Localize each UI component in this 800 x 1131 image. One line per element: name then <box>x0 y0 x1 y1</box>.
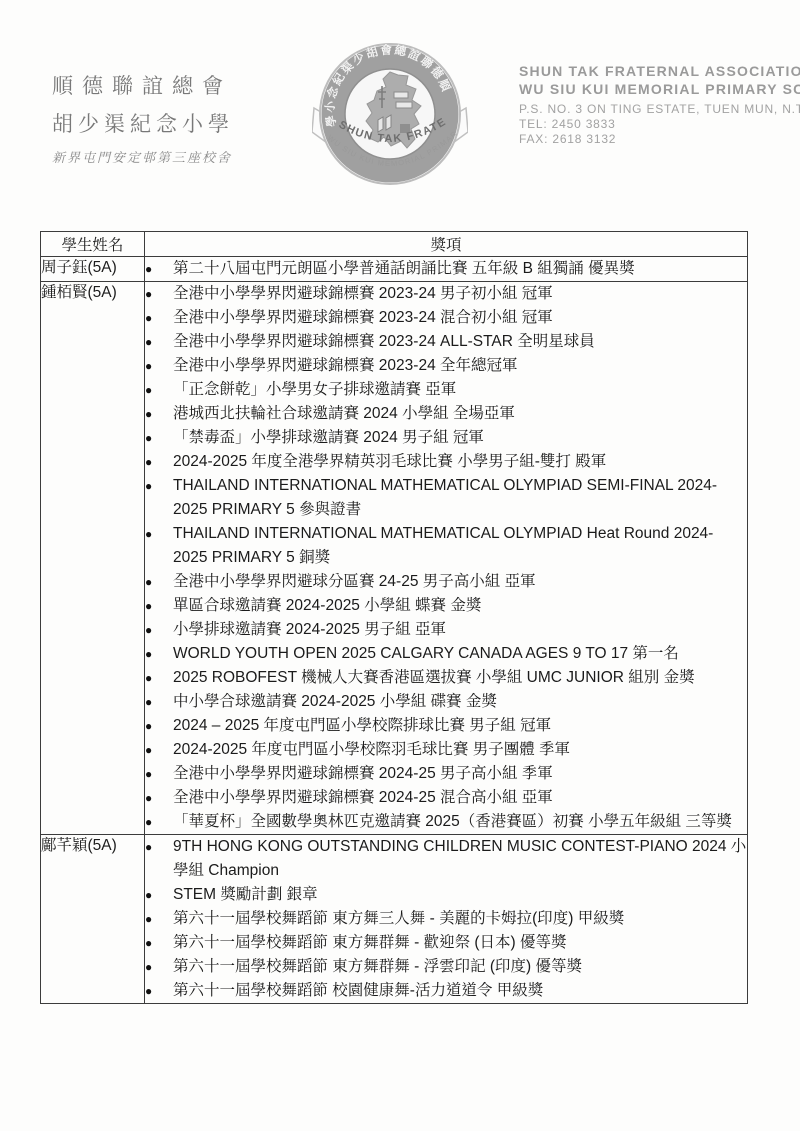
award-text: 港城西北扶輪社合球邀請賽 2024 小學組 全場亞軍 <box>173 402 747 426</box>
award-text: 全港中小學學界閃避球錦標賽 2023-24 男子初小組 冠軍 <box>173 282 747 306</box>
table-header-row: 學生姓名 獎項 <box>41 232 748 257</box>
award-item: ●THAILAND INTERNATIONAL MATHEMATICAL OLY… <box>145 474 747 522</box>
award-text: 「正念餅乾」小學男女子排球邀請賽 亞軍 <box>173 378 747 402</box>
bullet-icon: ● <box>145 979 173 1003</box>
bullet-icon: ● <box>145 738 173 762</box>
award-text: 全港中小學學界閃避球錦標賽 2023-24 ALL-STAR 全明星球員 <box>173 330 747 354</box>
award-text: 全港中小學學界閃避球錦標賽 2024-25 混合高小組 亞軍 <box>173 786 747 810</box>
award-item: ●2024-2025 年度全港學界精英羽毛球比賽 小學男子組-雙打 殿軍 <box>145 450 747 474</box>
awards-table: 學生姓名 獎項 周子鈺(5A)●第二十八屆屯門元朗區小學普通話朗誦比賽 五年級 … <box>40 231 748 1004</box>
award-item: ●港城西北扶輪社合球邀請賽 2024 小學組 全場亞軍 <box>145 402 747 426</box>
award-text: 全港中小學學界閃避球錦標賽 2023-24 全年總冠軍 <box>173 354 747 378</box>
award-text: 單區合球邀請賽 2024-2025 小學組 蝶賽 金獎 <box>173 594 747 618</box>
award-item: ●全港中小學學界閃避球分區賽 24-25 男子高小組 亞軍 <box>145 570 747 594</box>
bullet-icon: ● <box>145 618 173 642</box>
school-name-en-line2: WU SIU KUI MEMORIAL PRIMARY SCHOOL <box>519 80 800 98</box>
student-name: 鍾栢賢(5A) <box>41 282 145 835</box>
school-address-zh: 新界屯門安定邨第三座校舍 <box>52 147 234 166</box>
award-item: ●第二十八屆屯門元朗區小學普通話朗誦比賽 五年級 B 組獨誦 優異獎 <box>145 257 747 281</box>
school-tel: TEL: 2450 3833 <box>519 117 800 131</box>
bullet-icon: ● <box>145 450 173 474</box>
awards-table-body: 周子鈺(5A)●第二十八屆屯門元朗區小學普通話朗誦比賽 五年級 B 組獨誦 優異… <box>41 257 748 1004</box>
table-row: 鍾栢賢(5A)●全港中小學學界閃避球錦標賽 2023-24 男子初小組 冠軍●全… <box>41 282 748 835</box>
award-item: ●全港中小學學界閃避球錦標賽 2023-24 男子初小組 冠軍 <box>145 282 747 306</box>
document-page: 順德聯誼總會 胡少渠紀念小學 新界屯門安定邨第三座校舍 <box>0 0 800 1131</box>
award-text: 全港中小學學界閃避球錦標賽 2024-25 男子高小組 季軍 <box>173 762 747 786</box>
award-text: THAILAND INTERNATIONAL MATHEMATICAL OLYM… <box>173 522 747 570</box>
award-text: 小學排球邀請賽 2024-2025 男子組 亞軍 <box>173 618 747 642</box>
award-item: ●2024-2025 年度屯門區小學校際羽毛球比賽 男子團體 季軍 <box>145 738 747 762</box>
award-item: ●第六十一屆學校舞蹈節 東方舞群舞 - 浮雲印記 (印度) 優等獎 <box>145 955 747 979</box>
bullet-icon: ● <box>145 931 173 955</box>
school-fax: FAX: 2618 3132 <box>519 132 800 146</box>
award-item: ●「華夏杯」全國數學奧林匹克邀請賽 2025（香港賽區）初賽 小學五年級組 三等… <box>145 810 747 834</box>
school-crest-icon: 學小念紀渠少胡會總誼聯德順 SHUN TAK FRATERNAL ASSN WU… <box>312 36 468 200</box>
awards-cell: ●全港中小學學界閃避球錦標賽 2023-24 男子初小組 冠軍●全港中小學學界閃… <box>145 282 748 835</box>
award-text: 第六十一屆學校舞蹈節 東方舞群舞 - 浮雲印記 (印度) 優等獎 <box>173 955 747 979</box>
student-name: 周子鈺(5A) <box>41 257 145 282</box>
award-item: ●全港中小學學界閃避球錦標賽 2024-25 混合高小組 亞軍 <box>145 786 747 810</box>
school-address-en: P.S. NO. 3 ON TING ESTATE, TUEN MUN, N.T… <box>519 102 800 116</box>
award-item: ●全港中小學學界閃避球錦標賽 2023-24 混合初小組 冠軍 <box>145 306 747 330</box>
school-name-chinese-block: 順德聯誼總會 胡少渠紀念小學 新界屯門安定邨第三座校舍 <box>52 70 234 166</box>
bullet-icon: ● <box>145 474 173 498</box>
bullet-icon: ● <box>145 354 173 378</box>
awards-cell: ●9TH HONG KONG OUTSTANDING CHILDREN MUSI… <box>145 835 748 1004</box>
award-text: 第六十一屆學校舞蹈節 東方舞三人舞 - 美麗的卡姆拉(印度) 甲級獎 <box>173 907 747 931</box>
bullet-icon: ● <box>145 306 173 330</box>
award-item: ●「正念餅乾」小學男女子排球邀請賽 亞軍 <box>145 378 747 402</box>
award-text: 2024 – 2025 年度屯門區小學校際排球比賽 男子組 冠軍 <box>173 714 747 738</box>
award-text: WORLD YOUTH OPEN 2025 CALGARY CANADA AGE… <box>173 642 747 666</box>
awards-cell: ●第二十八屆屯門元朗區小學普通話朗誦比賽 五年級 B 組獨誦 優異獎 <box>145 257 748 282</box>
column-header-awards: 獎項 <box>145 232 748 257</box>
award-text: 「華夏杯」全國數學奧林匹克邀請賽 2025（香港賽區）初賽 小學五年級組 三等獎 <box>173 810 747 834</box>
bullet-icon: ● <box>145 907 173 931</box>
bullet-icon: ● <box>145 666 173 690</box>
award-item: ●「禁毒盃」小學排球邀請賽 2024 男子組 冠軍 <box>145 426 747 450</box>
award-item: ●中小學合球邀請賽 2024-2025 小學組 碟賽 金獎 <box>145 690 747 714</box>
award-text: 9TH HONG KONG OUTSTANDING CHILDREN MUSIC… <box>173 835 747 883</box>
bullet-icon: ● <box>145 762 173 786</box>
award-item: ●單區合球邀請賽 2024-2025 小學組 蝶賽 金獎 <box>145 594 747 618</box>
bullet-icon: ● <box>145 257 173 281</box>
award-text: 第六十一屆學校舞蹈節 東方舞群舞 - 歡迎祭 (日本) 優等獎 <box>173 931 747 955</box>
bullet-icon: ● <box>145 810 173 834</box>
award-text: 2024-2025 年度屯門區小學校際羽毛球比賽 男子團體 季軍 <box>173 738 747 762</box>
award-text: 2024-2025 年度全港學界精英羽毛球比賽 小學男子組-雙打 殿軍 <box>173 450 747 474</box>
bullet-icon: ● <box>145 642 173 666</box>
bullet-icon: ● <box>145 786 173 810</box>
award-item: ●2024 – 2025 年度屯門區小學校際排球比賽 男子組 冠軍 <box>145 714 747 738</box>
award-item: ●小學排球邀請賽 2024-2025 男子組 亞軍 <box>145 618 747 642</box>
award-text: 「禁毒盃」小學排球邀請賽 2024 男子組 冠軍 <box>173 426 747 450</box>
award-item: ●第六十一屆學校舞蹈節 東方舞三人舞 - 美麗的卡姆拉(印度) 甲級獎 <box>145 907 747 931</box>
award-text: THAILAND INTERNATIONAL MATHEMATICAL OLYM… <box>173 474 747 522</box>
award-text: 全港中小學學界閃避球錦標賽 2023-24 混合初小組 冠軍 <box>173 306 747 330</box>
award-text: STEM 獎勵計劃 銀章 <box>173 883 747 907</box>
bullet-icon: ● <box>145 835 173 859</box>
award-item: ●THAILAND INTERNATIONAL MATHEMATICAL OLY… <box>145 522 747 570</box>
school-info-english-block: SHUN TAK FRATERNAL ASSOCIATION WU SIU KU… <box>519 62 800 146</box>
student-name: 鄺芊穎(5A) <box>41 835 145 1004</box>
bullet-icon: ● <box>145 378 173 402</box>
school-name-zh-line1: 順德聯誼總會 <box>52 70 234 100</box>
award-text: 2025 ROBOFEST 機械人大賽香港區選拔賽 小學組 UMC JUNIOR… <box>173 666 747 690</box>
bullet-icon: ● <box>145 330 173 354</box>
award-item: ●第六十一屆學校舞蹈節 校園健康舞-活力道道令 甲級獎 <box>145 979 747 1003</box>
column-header-student-name: 學生姓名 <box>41 232 145 257</box>
bullet-icon: ● <box>145 883 173 907</box>
award-item: ●2025 ROBOFEST 機械人大賽香港區選拔賽 小學組 UMC JUNIO… <box>145 666 747 690</box>
school-logo-badge: 學小念紀渠少胡會總誼聯德順 SHUN TAK FRATERNAL ASSN WU… <box>312 36 468 200</box>
table-row: 鄺芊穎(5A)●9TH HONG KONG OUTSTANDING CHILDR… <box>41 835 748 1004</box>
school-name-en-line1: SHUN TAK FRATERNAL ASSOCIATION <box>519 62 800 80</box>
bullet-icon: ● <box>145 426 173 450</box>
award-item: ●WORLD YOUTH OPEN 2025 CALGARY CANADA AG… <box>145 642 747 666</box>
bullet-icon: ● <box>145 402 173 426</box>
award-item: ●全港中小學學界閃避球錦標賽 2023-24 ALL-STAR 全明星球員 <box>145 330 747 354</box>
award-text: 第六十一屆學校舞蹈節 校園健康舞-活力道道令 甲級獎 <box>173 979 747 1003</box>
award-item: ●9TH HONG KONG OUTSTANDING CHILDREN MUSI… <box>145 835 747 883</box>
award-item: ●全港中小學學界閃避球錦標賽 2024-25 男子高小組 季軍 <box>145 762 747 786</box>
award-text: 中小學合球邀請賽 2024-2025 小學組 碟賽 金獎 <box>173 690 747 714</box>
bullet-icon: ● <box>145 690 173 714</box>
award-item: ●STEM 獎勵計劃 銀章 <box>145 883 747 907</box>
award-text: 第二十八屆屯門元朗區小學普通話朗誦比賽 五年級 B 組獨誦 優異獎 <box>173 257 747 281</box>
award-item: ●第六十一屆學校舞蹈節 東方舞群舞 - 歡迎祭 (日本) 優等獎 <box>145 931 747 955</box>
bullet-icon: ● <box>145 570 173 594</box>
bullet-icon: ● <box>145 522 173 546</box>
bullet-icon: ● <box>145 282 173 306</box>
award-item: ●全港中小學學界閃避球錦標賽 2023-24 全年總冠軍 <box>145 354 747 378</box>
school-name-zh-line2: 胡少渠紀念小學 <box>52 108 234 138</box>
table-row: 周子鈺(5A)●第二十八屆屯門元朗區小學普通話朗誦比賽 五年級 B 組獨誦 優異… <box>41 257 748 282</box>
bullet-icon: ● <box>145 714 173 738</box>
bullet-icon: ● <box>145 955 173 979</box>
bullet-icon: ● <box>145 594 173 618</box>
award-text: 全港中小學學界閃避球分區賽 24-25 男子高小組 亞軍 <box>173 570 747 594</box>
